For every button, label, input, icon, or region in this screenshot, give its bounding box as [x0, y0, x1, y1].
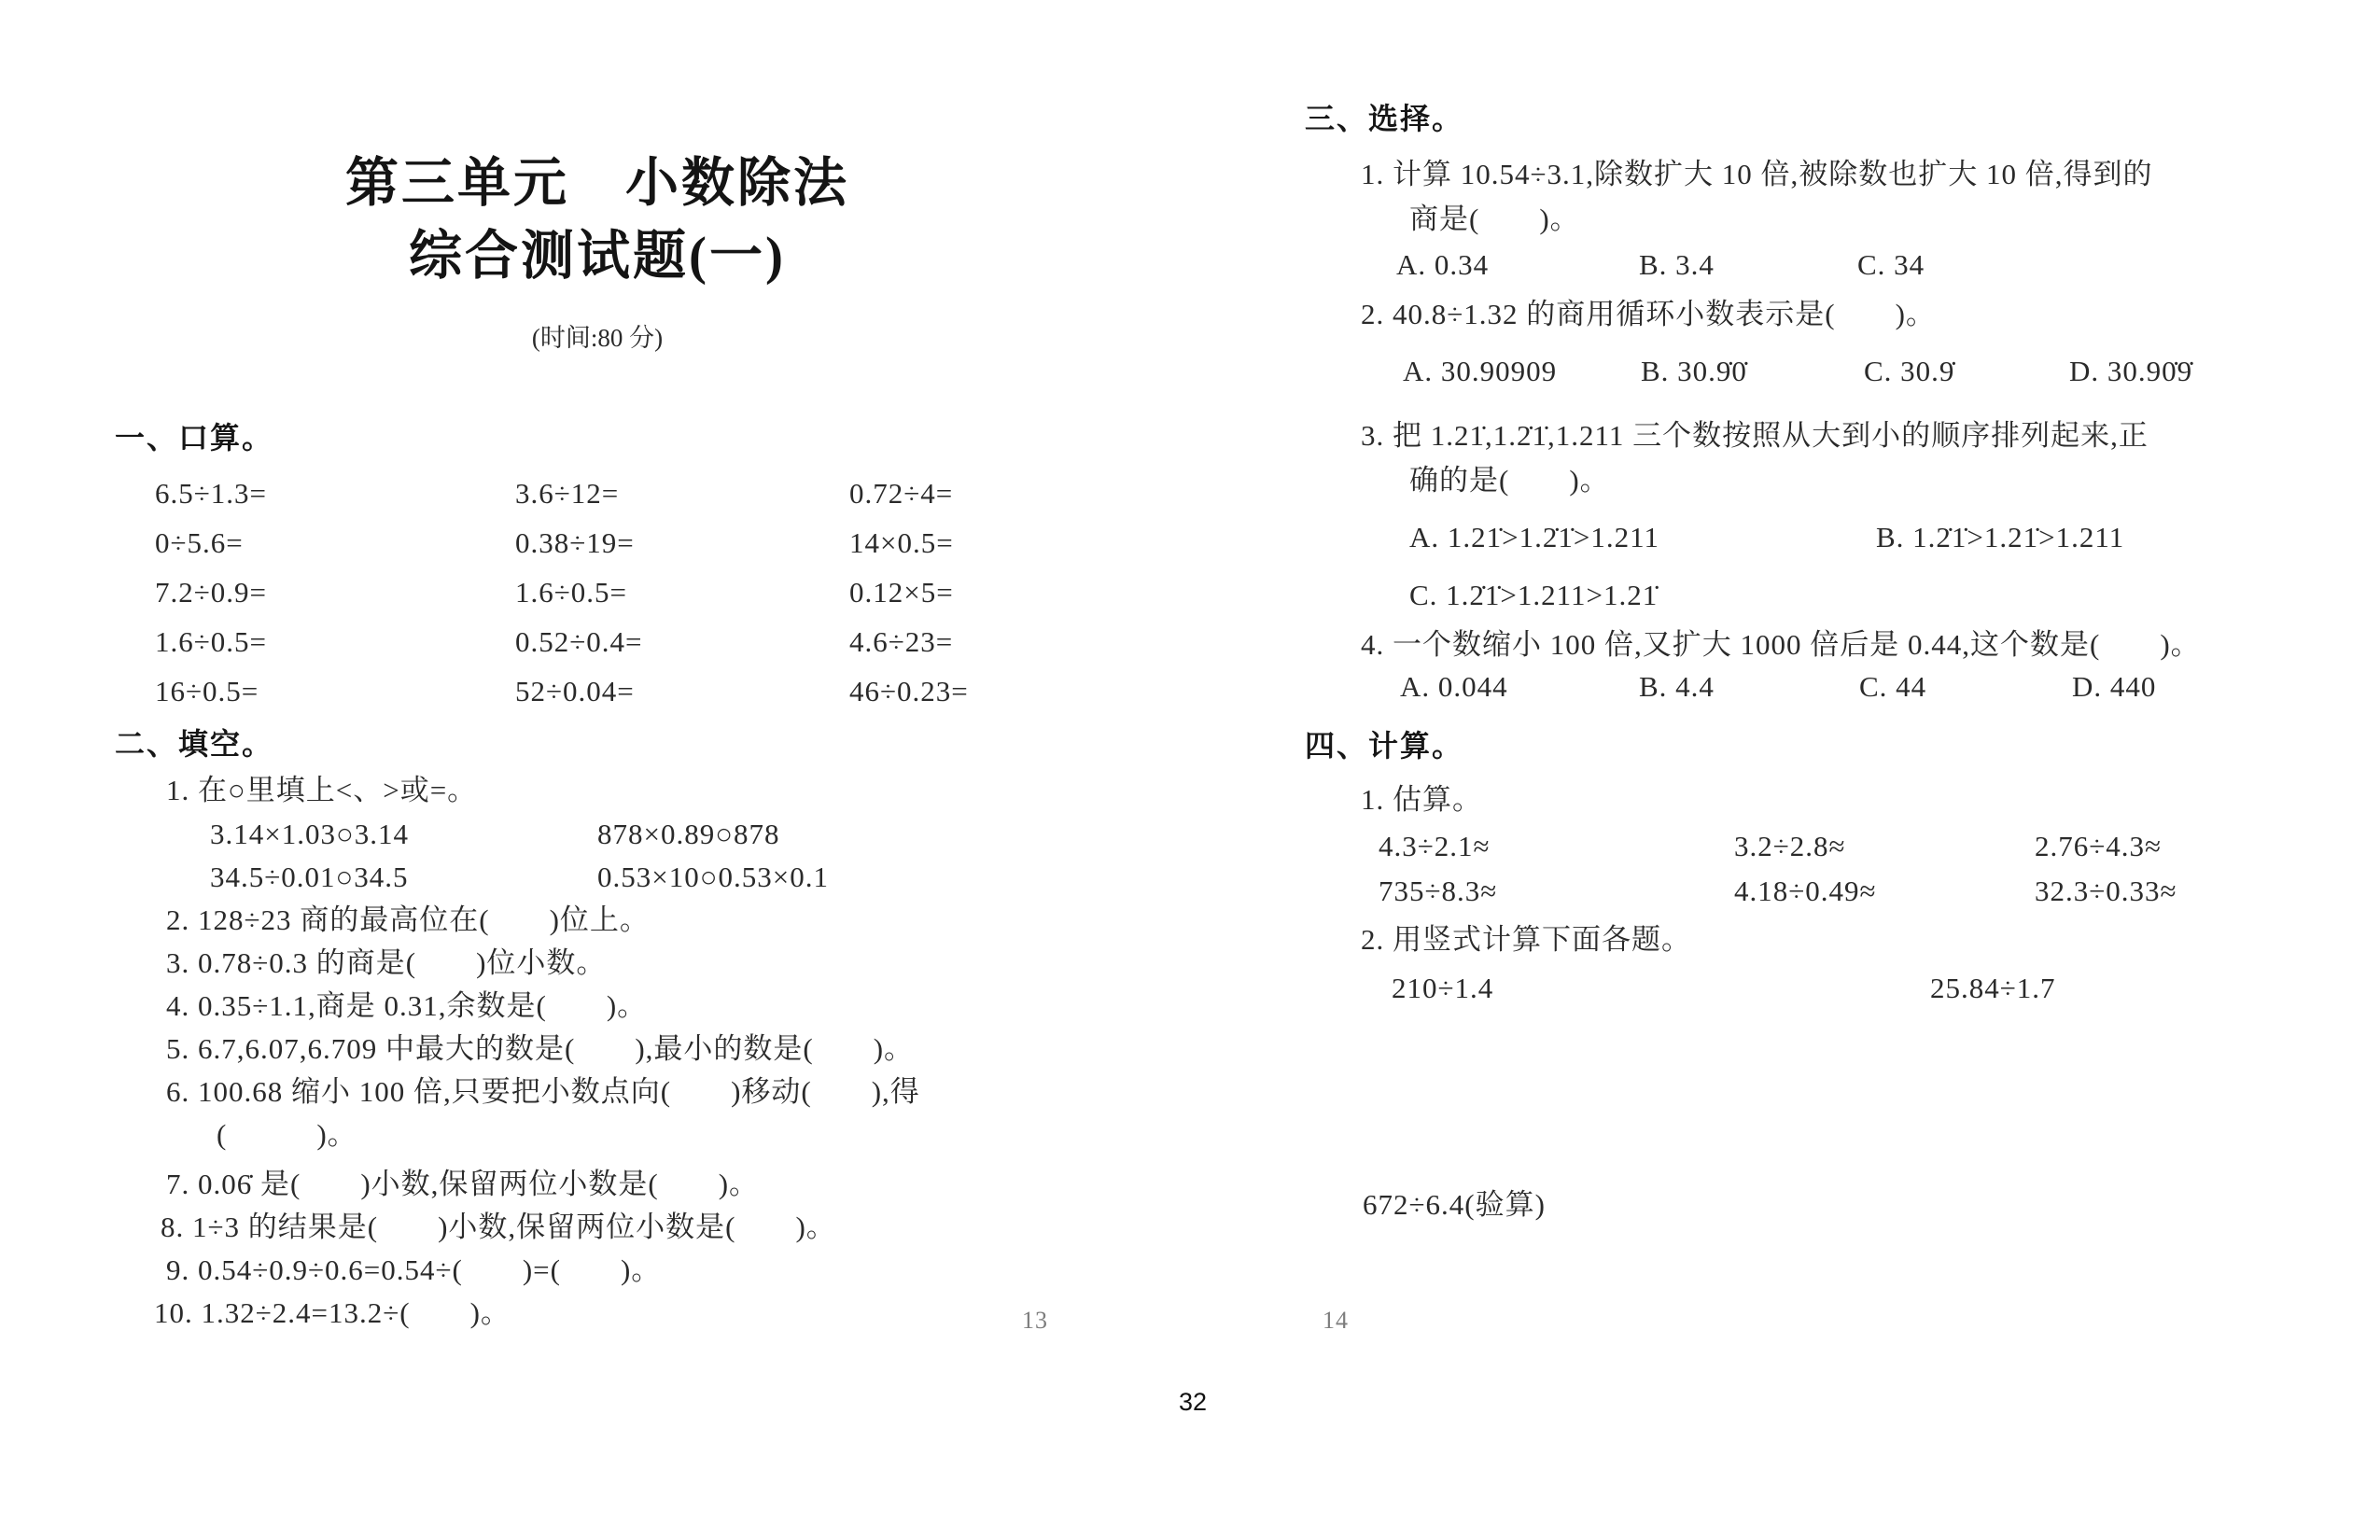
section1-heading: 一、口算。 [115, 420, 273, 455]
fill-item-7: 7. 0.06̇ 是( )小数,保留两位小数是( )。 [166, 1167, 759, 1201]
estimate-problem: 3.2÷2.8≈ [1734, 829, 1846, 863]
fill-item-1-sub: 34.5÷0.01○34.5 [210, 860, 409, 894]
right-page-number: 14 [1323, 1307, 1349, 1335]
oral-problem: 7.2÷0.9= [155, 575, 267, 609]
fill-item-3: 3. 0.78÷0.3 的商是( )位小数。 [166, 945, 606, 980]
calc-sub2-heading: 2. 用竖式计算下面各题。 [1361, 922, 1691, 957]
oral-problem: 6.5÷1.3= [155, 476, 267, 511]
calc-sub1-heading: 1. 估算。 [1361, 782, 1482, 817]
section3-heading: 三、选择。 [1305, 101, 1463, 136]
choice-q1-line2: 商是( )。 [1409, 202, 1580, 236]
estimate-problem: 2.76÷4.3≈ [2035, 829, 2162, 863]
fill-item-1: 1. 在○里填上<、>或=。 [166, 773, 477, 807]
choice-q3-option-b: B. 1.2̇1̇>1.21̇>1.211 [1876, 521, 2124, 554]
oral-problem: 1.6÷0.5= [515, 575, 627, 609]
unit-title-line2: 综合测试题(一) [205, 213, 989, 289]
choice-q3-option-c: C. 1.2̇1̇>1.211>1.21̇ [1409, 579, 1658, 612]
fill-item-6-line2: ( )。 [217, 1117, 357, 1152]
section4-heading: 四、计算。 [1305, 728, 1463, 763]
choice-q4-option-b: B. 4.4 [1639, 670, 1715, 704]
oral-problem: 52÷0.04= [515, 674, 635, 708]
worksheet-spread: 第三单元 小数除法 综合测试题(一) (时间:80 分) 一、口算。 6.5÷1… [0, 0, 2380, 1540]
oral-problem: 0.38÷19= [515, 525, 635, 560]
fill-item-4: 4. 0.35÷1.1,商是 0.31,余数是( )。 [166, 988, 647, 1023]
oral-problem: 0÷5.6= [155, 525, 244, 560]
estimate-problem: 32.3÷0.33≈ [2035, 874, 2177, 908]
choice-q3-line2: 确的是( )。 [1409, 463, 1610, 497]
fill-item-6-line1: 6. 100.68 缩小 100 倍,只要把小数点向( )移动( ),得 [166, 1074, 920, 1109]
choice-q3-line1: 3. 把 1.21̇,1.2̇1̇,1.211 三个数按照从大到小的顺序排列起来… [1361, 418, 2149, 453]
time-limit-note: (时间:80 分) [205, 317, 989, 354]
oral-problem: 3.6÷12= [515, 476, 619, 511]
fill-item-8: 8. 1÷3 的结果是( )小数,保留两位小数是( )。 [161, 1210, 836, 1244]
choice-q2-option-d: D. 30.90̇9̇ [2069, 355, 2192, 388]
estimate-problem: 4.3÷2.1≈ [1379, 829, 1491, 863]
choice-q4-option-c: C. 44 [1859, 670, 1926, 704]
fill-item-2: 2. 128÷23 商的最高位在( )位上。 [166, 903, 650, 937]
choice-q1-option-a: A. 0.34 [1396, 248, 1489, 282]
oral-problem: 0.52÷0.4= [515, 624, 643, 659]
choice-q1-option-b: B. 3.4 [1639, 248, 1715, 282]
fill-item-1-sub: 3.14×1.03○3.14 [210, 817, 409, 851]
choice-q4-option-a: A. 0.044 [1400, 670, 1508, 704]
oral-problem: 4.6÷23= [849, 624, 953, 659]
estimate-problem: 735÷8.3≈ [1379, 874, 1497, 908]
check-problem: 672÷6.4(验算) [1363, 1187, 1546, 1222]
oral-problem: 16÷0.5= [155, 674, 259, 708]
fill-item-1-sub: 0.53×10○0.53×0.1 [597, 860, 829, 894]
vertical-problem: 25.84÷1.7 [1930, 971, 2056, 1005]
choice-q1-line1: 1. 计算 10.54÷3.1,除数扩大 10 倍,被除数也扩大 10 倍,得到… [1361, 157, 2153, 191]
choice-q2-line: 2. 40.8÷1.32 的商用循环小数表示是( )。 [1361, 297, 1936, 331]
oral-problem: 0.72÷4= [849, 476, 953, 511]
fill-item-5: 5. 6.7,6.07,6.709 中最大的数是( ),最小的数是( )。 [166, 1031, 914, 1066]
choice-q2-option-a: A. 30.90909 [1403, 355, 1557, 388]
choice-q1-option-c: C. 34 [1857, 248, 1925, 282]
oral-problem: 0.12×5= [849, 575, 954, 609]
choice-q3-option-a: A. 1.21̇>1.2̇1̇>1.211 [1409, 521, 1659, 554]
choice-q4-line: 4. 一个数缩小 100 倍,又扩大 1000 倍后是 0.44,这个数是( )… [1361, 627, 2201, 662]
section2-heading: 二、填空。 [115, 726, 273, 762]
choice-q2-option-c: C. 30.9̇ [1864, 355, 1954, 388]
unit-title-line1: 第三单元 小数除法 [205, 140, 989, 217]
oral-problem: 1.6÷0.5= [155, 624, 267, 659]
fill-item-10: 10. 1.32÷2.4=13.2÷( )。 [154, 1295, 511, 1330]
left-page-number: 13 [1022, 1307, 1048, 1335]
choice-q2-option-b: B. 30.9̇0̇ [1641, 355, 1747, 388]
oral-problem: 14×0.5= [849, 525, 954, 560]
choice-q4-option-d: D. 440 [2072, 670, 2156, 704]
oral-problem: 46÷0.23= [849, 674, 969, 708]
estimate-problem: 4.18÷0.49≈ [1734, 874, 1877, 908]
vertical-problem: 210÷1.4 [1392, 971, 1493, 1005]
fill-item-1-sub: 878×0.89○878 [597, 817, 779, 851]
book-page-number: 32 [1179, 1388, 1207, 1417]
fill-item-9: 9. 0.54÷0.9÷0.6=0.54÷( )=( )。 [166, 1253, 661, 1287]
